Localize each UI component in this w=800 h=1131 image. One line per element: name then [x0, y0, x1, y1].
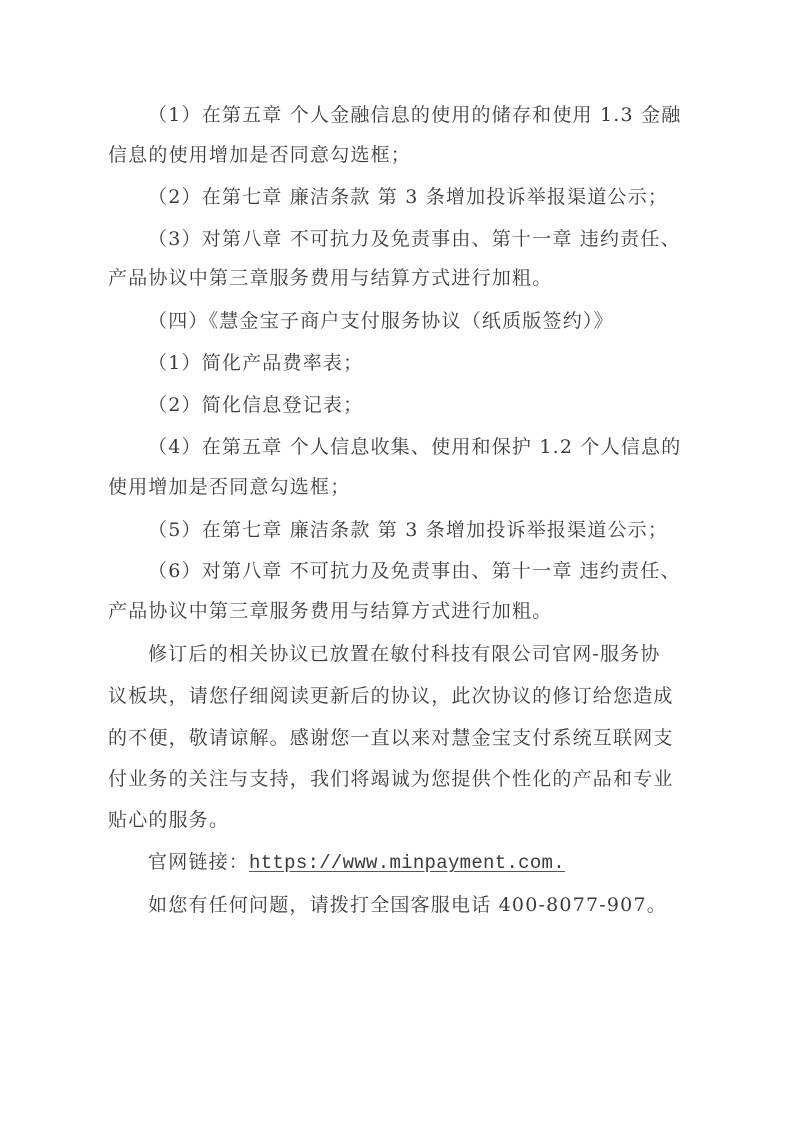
- closing-paragraph-line-5: 贴心的服务。: [108, 808, 229, 832]
- closing-paragraph-line-4: 付业务的关注与支持，我们将竭诚为您提供个性化的产品和专业: [108, 767, 674, 791]
- closing-paragraph-line-1: 修订后的相关协议已放置在敏付科技有限公司官网-服务协: [148, 642, 661, 666]
- section-4-item-4-line-2: 使用增加是否同意勾选框；: [108, 475, 350, 499]
- section-4-item-4-line-1: （4）在第五章 个人信息收集、使用和保护 1.2 个人信息的: [148, 435, 681, 459]
- website-line: 官网链接：https://www.minpayment.com.: [148, 850, 565, 875]
- website-link[interactable]: https://www.minpayment.com.: [249, 852, 565, 874]
- section-4-item-1: （1）简化产品费率表；: [148, 351, 363, 375]
- section-4-item-6-line-2: 产品协议中第三章服务费用与结算方式进行加粗。: [108, 599, 552, 623]
- clause-2: （2）在第七章 廉洁条款 第 3 条增加投诉举报渠道公示；: [148, 185, 668, 209]
- section-4-item-6-line-1: （6）对第八章 不可抗力及免责事由、第十一章 违约责任、: [148, 559, 681, 583]
- closing-paragraph-line-3: 的不便，敬请谅解。感谢您一直以来对慧金宝支付系统互联网支: [108, 726, 674, 750]
- contact-line: 如您有任何问题，请拨打全国客服电话 400-8077-907。: [148, 893, 667, 917]
- clause-3-line-2: 产品协议中第三章服务费用与结算方式进行加粗。: [108, 266, 552, 290]
- section-4-heading: （四）《慧金宝子商户支付服务协议（纸质版签约）》: [148, 309, 614, 333]
- clause-3-line-1: （3）对第八章 不可抗力及免责事由、第十一章 违约责任、: [148, 227, 681, 251]
- document-page: （1）在第五章 个人金融信息的使用的储存和使用 1.3 金融 信息的使用增加是否…: [0, 0, 800, 1131]
- clause-1-line-1: （1）在第五章 个人金融信息的使用的储存和使用 1.3 金融: [148, 103, 681, 127]
- section-4-item-5: （5）在第七章 廉洁条款 第 3 条增加投诉举报渠道公示；: [148, 518, 668, 542]
- closing-paragraph-line-2: 议板块，请您仔细阅读更新后的协议，此次协议的修订给您造成: [108, 684, 674, 708]
- clause-1-line-2: 信息的使用增加是否同意勾选框；: [108, 143, 411, 167]
- section-4-item-2: （2）简化信息登记表；: [148, 393, 363, 417]
- website-label: 官网链接：: [148, 851, 249, 873]
